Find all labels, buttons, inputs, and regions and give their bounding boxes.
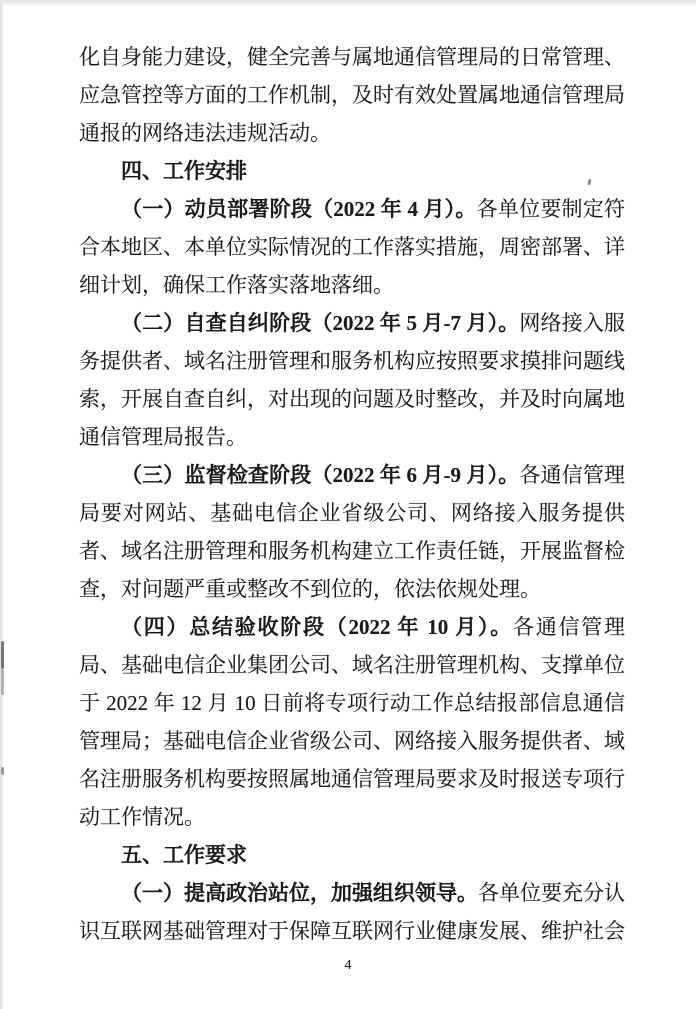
page-number: 4 [0, 958, 696, 974]
paragraph-lead-text: （三）监督检查阶段（2022 年 6 月-9 月）。 [121, 463, 519, 487]
paragraph-lead-text: 五、工作要求 [121, 843, 247, 867]
scan-left-edge-shadow [0, 2, 3, 1009]
paragraph-lead-text: 四、工作安排 [121, 159, 247, 183]
section-heading: 五、工作要求 [79, 836, 625, 874]
paragraph: （二）自查自纠阶段（2022 年 5 月-7 月）。网络接入服务提供者、域名注册… [79, 304, 625, 456]
paragraph: （一）动员部署阶段（2022 年 4 月）。各单位要制定符合本地区、本单位实际情… [79, 190, 625, 304]
scan-artifact-speck [1, 767, 4, 775]
paragraph: （四）总结验收阶段（2022 年 10 月）。各通信管理局、基础电信企业集团公司… [79, 608, 625, 836]
document-page: 化自身能力建设，健全完善与属地通信管理局的日常管理、应急管控等方面的工作机制，及… [0, 0, 696, 1009]
section-heading: 四、工作安排 [79, 152, 625, 190]
paragraph: 化自身能力建设，健全完善与属地通信管理局的日常管理、应急管控等方面的工作机制，及… [79, 38, 625, 152]
paragraph-text: 化自身能力建设，健全完善与属地通信管理局的日常管理、应急管控等方面的工作机制，及… [79, 45, 625, 145]
scan-top-edge-shadow [0, 0, 696, 7]
scan-artifact-dark-line [1, 641, 4, 669]
paragraph: （三）监督检查阶段（2022 年 6 月-9 月）。各通信管理局要对网站、基础电… [79, 456, 625, 608]
paragraph-lead-text: （一）提高政治站位，加强组织领导。 [121, 881, 478, 905]
paragraph: （一）提高政治站位，加强组织领导。各单位要充分认识互联网基础管理对于保障互联网行… [79, 874, 625, 950]
document-body: 化自身能力建设，健全完善与属地通信管理局的日常管理、应急管控等方面的工作机制，及… [79, 38, 625, 950]
paragraph-lead-text: （四）总结验收阶段（2022 年 10 月）。 [121, 615, 513, 639]
paragraph-lead-text: （二）自查自纠阶段（2022 年 5 月-7 月）。 [121, 311, 519, 335]
scan-artifact-gray-line [1, 669, 4, 695]
paragraph-lead-text: （一）动员部署阶段（2022 年 4 月）。 [121, 197, 477, 221]
paragraph-text: 各通信管理局、基础电信企业集团公司、域名注册管理机构、支撑单位于 2022 年 … [79, 615, 625, 829]
